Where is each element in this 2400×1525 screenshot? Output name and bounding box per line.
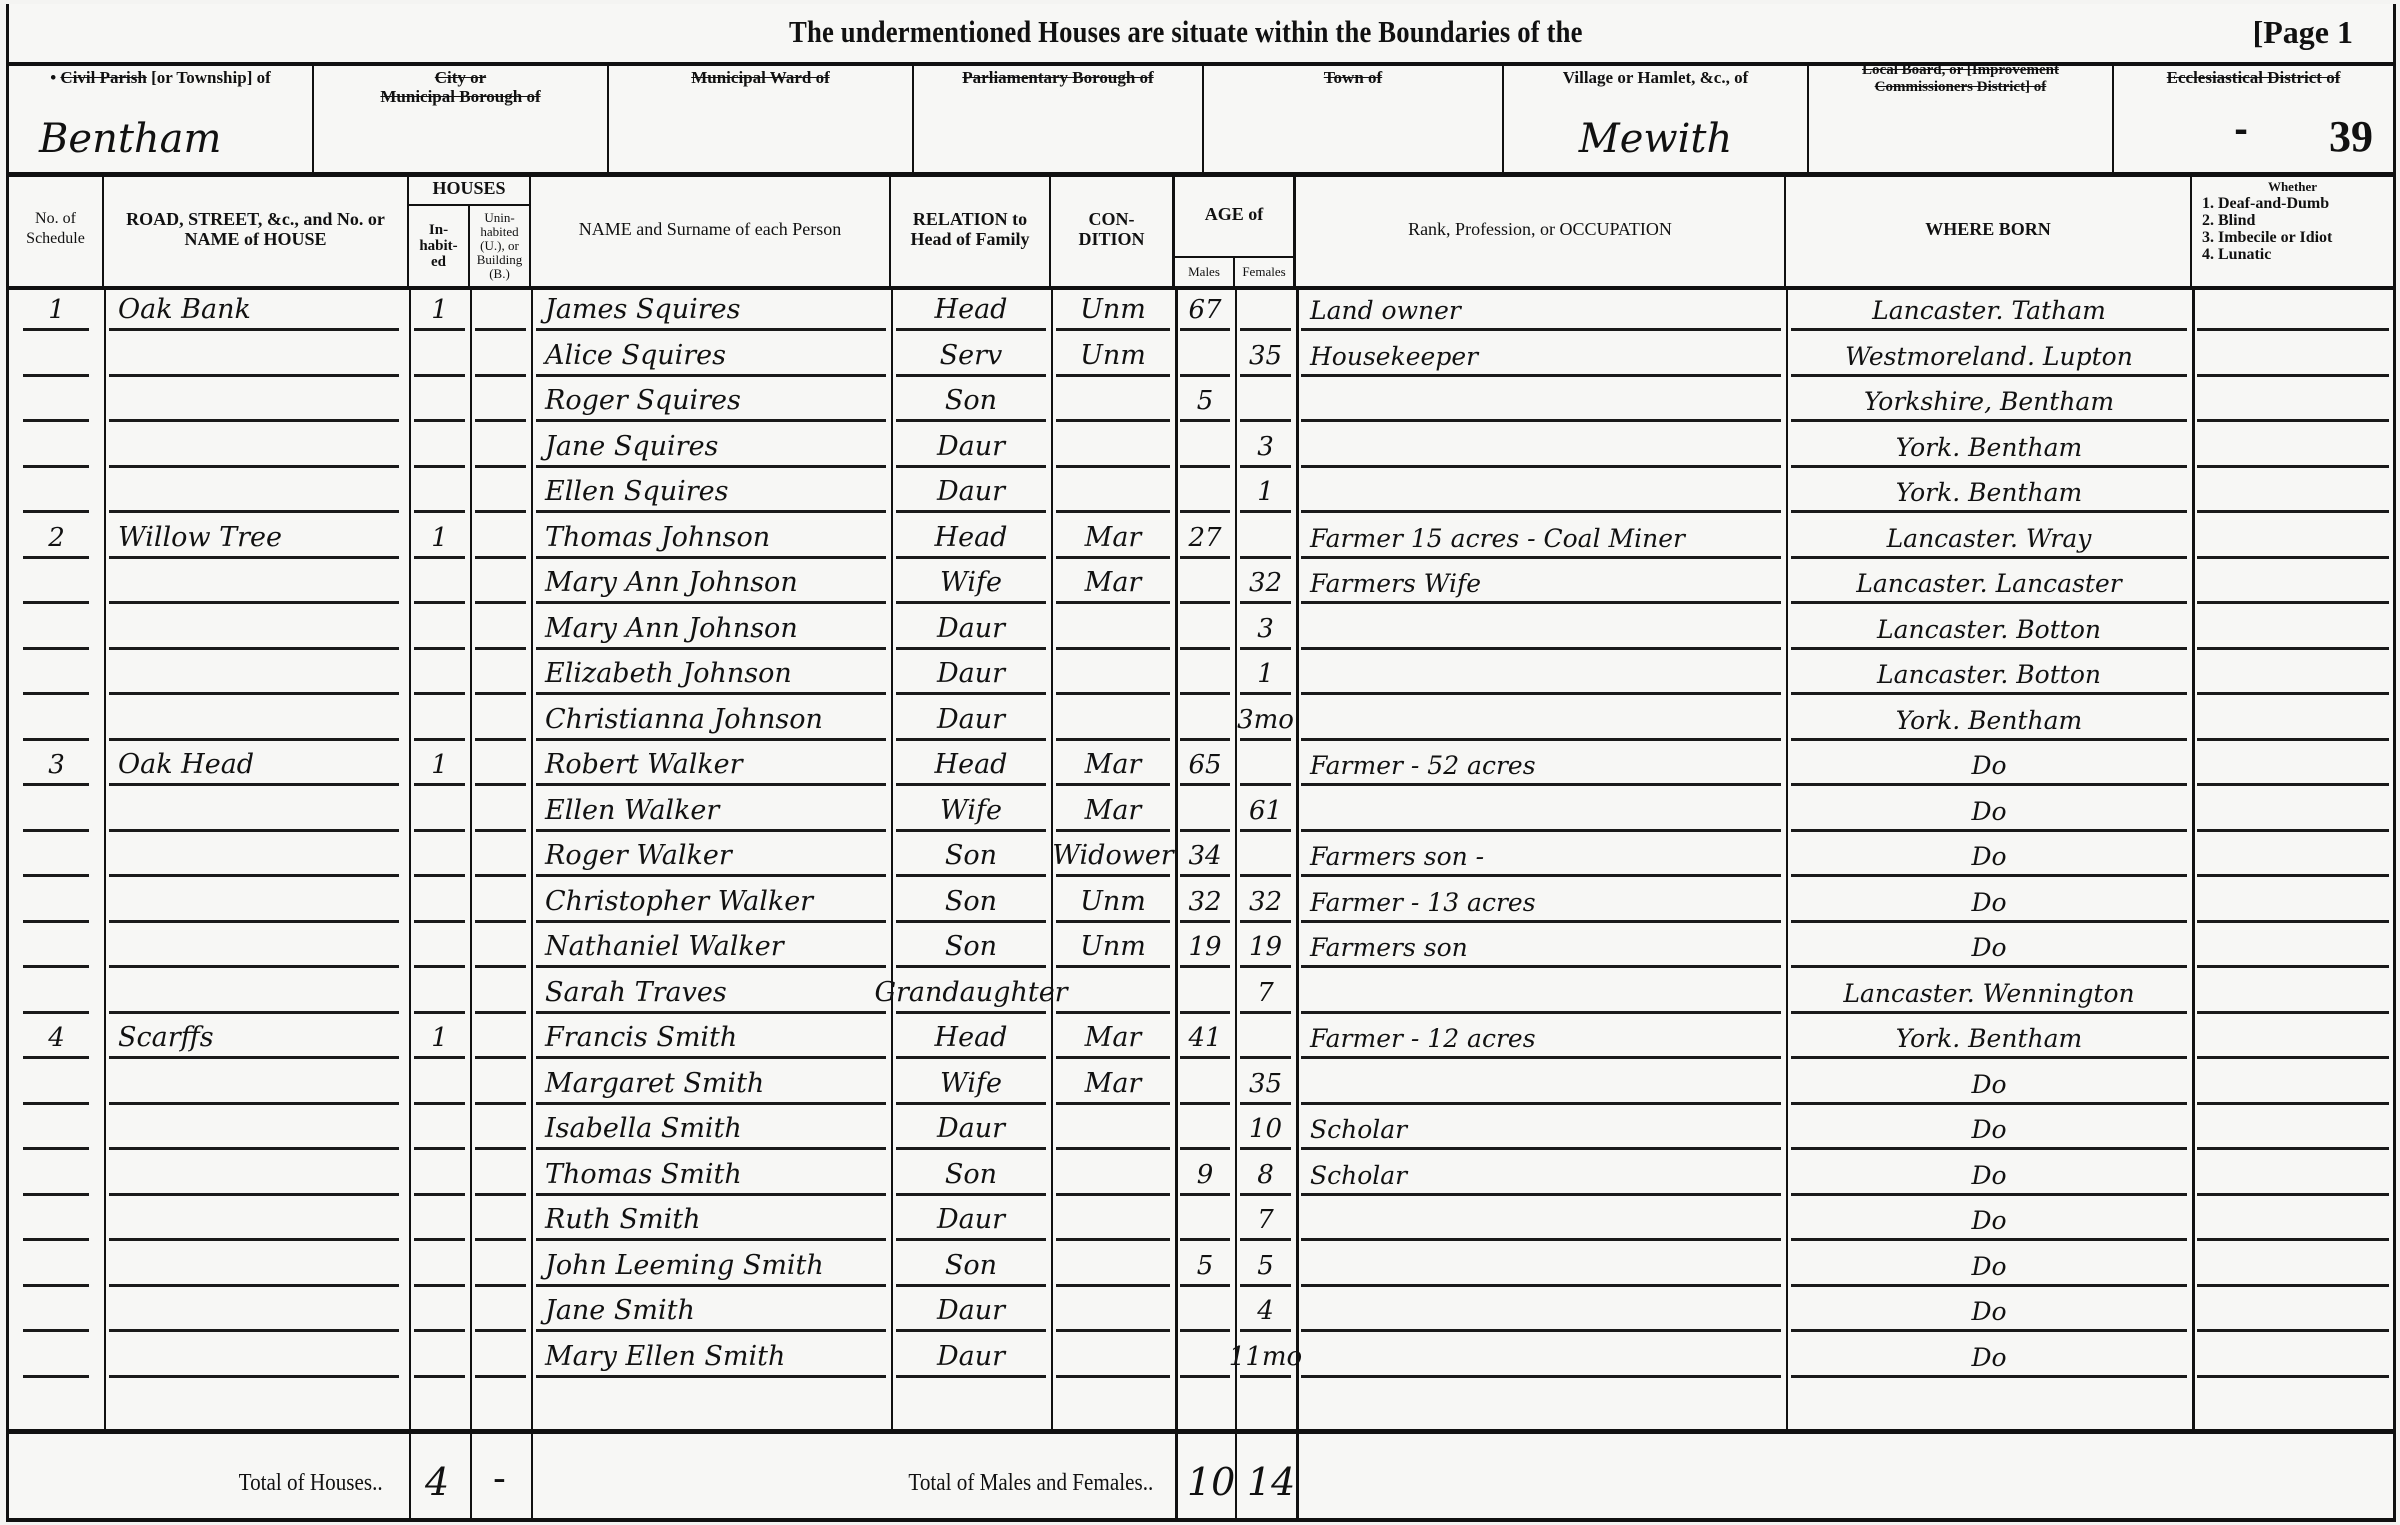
person-name [531,1378,891,1423]
female-age: 7 [1235,969,1296,1014]
male-age: 41 [1175,1014,1235,1059]
total-houses-label: Total of Houses.. [239,1470,383,1497]
schedule-number [9,332,104,377]
female-age: 19 [1235,923,1296,968]
female-age [1235,286,1296,331]
location-band: • Civil Parish [or Township] of Bentham … [9,62,2393,177]
birthplace: Do [1786,1242,2192,1287]
occupation [1296,468,1786,513]
inhabited-count [409,969,470,1014]
relation-to-head: Daur [891,696,1051,741]
municipal-ward-cell: Municipal Ward of [609,62,914,172]
male-age [1175,969,1235,1014]
relation-to-head: Daur [891,1105,1051,1150]
person-name: Jane Squires [531,423,891,468]
inhabited-count [409,377,470,422]
female-age [1235,741,1296,786]
marital-condition [1051,605,1175,650]
relation-to-head: Daur [891,1287,1051,1332]
marital-condition: Mar [1051,514,1175,559]
inhabited-count [409,468,470,513]
infirmity-option: 4. Lunatic [2202,246,2383,263]
relation-to-head: Wife [891,1060,1051,1105]
page-title: The undermentioned Houses are situate wi… [789,14,1583,50]
schedule-number [9,969,104,1014]
page-number: [Page 1 [2253,14,2353,51]
person-name: Jane Smith [531,1287,891,1332]
table-row: 4Scarffs1Francis SmithHeadMar41Farmer - … [9,1014,2393,1059]
schedule-number [9,787,104,832]
female-age [1235,1378,1296,1423]
table-row: Mary Ellen SmithDaur11moDo [9,1333,2393,1378]
female-age: 8 [1235,1151,1296,1196]
parliamentary-borough-label: Parliamentary Borough of [962,68,1153,87]
male-age [1175,1333,1235,1378]
inhabited-count [409,1105,470,1150]
male-age [1175,468,1235,513]
birthplace: York. Bentham [1786,423,2192,468]
birthplace: Do [1786,787,2192,832]
inhabited-count [409,1060,470,1105]
birthplace: Westmoreland. Lupton [1786,332,2192,377]
occupation [1296,605,1786,650]
schedule-number: 3 [9,741,104,786]
female-age: 35 [1235,332,1296,377]
male-age: 32 [1175,878,1235,923]
occupation: Scholar [1296,1105,1786,1150]
inhabited-count [409,1378,470,1423]
birthplace: Lancaster. Lancaster [1786,559,2192,604]
occupation: Housekeeper [1296,332,1786,377]
schedule-number [9,468,104,513]
schedule-number [9,1242,104,1287]
person-name: Mary Ellen Smith [531,1333,891,1378]
male-age: 9 [1175,1151,1235,1196]
table-row: 3Oak Head1Robert WalkerHeadMar65Farmer -… [9,741,2393,786]
inhabited-count: 1 [409,1014,470,1059]
birthplace: Do [1786,878,2192,923]
relation-to-head: Head [891,514,1051,559]
inhabited-count [409,332,470,377]
marital-condition [1051,1151,1175,1196]
marital-condition: Unm [1051,332,1175,377]
female-age: 1 [1235,650,1296,695]
municipal-borough-label-2: Municipal Borough of [380,87,540,106]
person-name: Thomas Smith [531,1151,891,1196]
marital-condition: Unm [1051,286,1175,331]
house-name [104,696,409,741]
table-row: 1Oak Bank1James SquiresHeadUnm67Land own… [9,286,2393,331]
birthplace: Do [1786,832,2192,877]
person-name: Roger Squires [531,377,891,422]
col-age: AGE of [1175,172,1296,258]
table-row: Jane SmithDaur4Do [9,1287,2393,1332]
house-name [104,969,409,1014]
inhabited-count [409,1242,470,1287]
col-occupation: Rank, Profession, or OCCUPATION [1296,172,1786,286]
marital-condition [1051,423,1175,468]
marital-condition [1051,1378,1175,1423]
occupation [1296,377,1786,422]
occupation [1296,1060,1786,1105]
relation-to-head: Serv [891,332,1051,377]
inhabited-count: 1 [409,286,470,331]
inhabited-count [409,559,470,604]
table-row: Thomas SmithSon98ScholarDo [9,1151,2393,1196]
inhabited-count [409,787,470,832]
person-name: Mary Ann Johnson [531,605,891,650]
column-header-row: No. of Schedule ROAD, STREET, &c., and N… [9,172,2393,290]
relation-to-head: Head [891,1014,1051,1059]
schedule-number [9,1378,104,1423]
column-divider [1175,1434,1178,1522]
female-age: 4 [1235,1287,1296,1332]
birthplace: Do [1786,1105,2192,1150]
marital-condition [1051,1105,1175,1150]
female-age: 1 [1235,468,1296,513]
title-bar: The undermentioned Houses are situate wi… [9,4,2393,66]
table-row: Christopher WalkerSonUnm3232Farmer - 13 … [9,878,2393,923]
female-age: 61 [1235,787,1296,832]
house-name [104,423,409,468]
person-name: James Squires [531,286,891,331]
occupation [1296,423,1786,468]
birthplace: Do [1786,1287,2192,1332]
relation-to-head: Daur [891,468,1051,513]
house-name [104,1105,409,1150]
house-name [104,1333,409,1378]
female-age: 10 [1235,1105,1296,1150]
male-age: 5 [1175,1242,1235,1287]
civil-parish-struck-label: Civil Parish [60,68,146,87]
person-name: Sarah Traves [531,969,891,1014]
female-age: 3mo [1235,696,1296,741]
person-name: Ellen Walker [531,787,891,832]
birthplace: Yorkshire, Bentham [1786,377,2192,422]
female-age [1235,377,1296,422]
civil-parish-cell: • Civil Parish [or Township] of Bentham [9,62,314,172]
local-board-label-1: Local Board, or [Improvement [1862,62,2059,78]
col-relation: RELATION to Head of Family [891,172,1051,286]
inhabited-count [409,1287,470,1332]
male-age: 5 [1175,377,1235,422]
town-label: Town of [1324,68,1382,87]
person-name: Ellen Squires [531,468,891,513]
marital-condition: Mar [1051,1060,1175,1105]
inhabited-count [409,1196,470,1241]
occupation [1296,1196,1786,1241]
table-row: Christianna JohnsonDaur3moYork. Bentham [9,696,2393,741]
occupation [1296,1242,1786,1287]
female-age: 35 [1235,1060,1296,1105]
ecclesiastical-district-label: Ecclesiastical District of [2167,68,2341,87]
birthplace: Do [1786,1333,2192,1378]
village-value: Mewith [1504,116,1807,162]
male-age [1175,787,1235,832]
schedule-number [9,1333,104,1378]
schedule-number [9,878,104,923]
female-age: 5 [1235,1242,1296,1287]
birthplace: Lancaster. Wray [1786,514,2192,559]
relation-to-head [891,1378,1051,1423]
relation-to-head: Daur [891,423,1051,468]
house-name [104,923,409,968]
marital-condition: Widower [1051,832,1175,877]
birthplace: Lancaster. Botton [1786,650,2192,695]
person-name: Margaret Smith [531,1060,891,1105]
house-name [104,1196,409,1241]
male-age: 19 [1175,923,1235,968]
person-name: Alice Squires [531,332,891,377]
schedule-number [9,605,104,650]
village-cell: Village or Hamlet, &c., of Mewith [1504,62,1809,172]
relation-to-head: Son [891,1242,1051,1287]
female-age [1235,1014,1296,1059]
schedule-number [9,1151,104,1196]
schedule-number [9,923,104,968]
ecclesiastical-district-value: 39 [2114,111,2393,162]
infirmity-heading: Whether [2202,178,2383,195]
marital-condition: Mar [1051,1014,1175,1059]
relation-to-head: Daur [891,605,1051,650]
person-name: Christianna Johnson [531,696,891,741]
male-age [1175,423,1235,468]
col-condition: CON-DITION [1051,172,1175,286]
male-age [1175,559,1235,604]
marital-condition: Mar [1051,787,1175,832]
female-age: 3 [1235,605,1296,650]
birthplace: Do [1786,1151,2192,1196]
birthplace: Lancaster. Wennington [1786,969,2192,1014]
male-age: 67 [1175,286,1235,331]
infirmity-option: 3. Imbecile or Idiot [2202,229,2383,246]
female-age: 11mo [1235,1333,1296,1378]
occupation [1296,1378,1786,1423]
house-name [104,468,409,513]
occupation [1296,696,1786,741]
relation-to-head: Head [891,286,1051,331]
occupation: Farmer - 52 acres [1296,741,1786,786]
col-schedule: No. of Schedule [9,172,104,286]
table-row: Ruth SmithDaur7Do [9,1196,2393,1241]
table-row: Elizabeth JohnsonDaur1Lancaster. Botton [9,650,2393,695]
birthplace: York. Bentham [1786,696,2192,741]
marital-condition [1051,696,1175,741]
relation-to-head: Wife [891,787,1051,832]
occupation: Land owner [1296,286,1786,331]
local-board-cell: Local Board, or [ImprovementCommissioner… [1809,62,2114,172]
marital-condition [1051,1196,1175,1241]
birthplace: Do [1786,1060,2192,1105]
column-divider [1296,1434,1299,1522]
schedule-number [9,832,104,877]
house-name [104,377,409,422]
table-row: Ellen WalkerWifeMar61Do [9,787,2393,832]
house-name: Willow Tree [104,514,409,559]
occupation [1296,650,1786,695]
schedule-number [9,559,104,604]
schedule-number [9,696,104,741]
inhabited-count [409,878,470,923]
person-name: Christopher Walker [531,878,891,923]
female-age: 32 [1235,559,1296,604]
total-males: 10 [1187,1460,1235,1504]
female-age [1235,832,1296,877]
house-name [104,332,409,377]
birthplace: Do [1786,923,2192,968]
marital-condition: Mar [1051,741,1175,786]
marital-condition [1051,1333,1175,1378]
table-row: Jane SquiresDaur3York. Bentham [9,423,2393,468]
table-row: Margaret SmithWifeMar35Do [9,1060,2393,1105]
ecclesiastical-district-cell: Ecclesiastical District of - 39 [2114,62,2393,172]
male-age [1175,1060,1235,1105]
table-row: Isabella SmithDaur10ScholarDo [9,1105,2393,1150]
local-board-label-2: Commissioners District] of [1875,79,2047,95]
inhabited-count [409,832,470,877]
table-row: Mary Ann JohnsonDaur3Lancaster. Botton [9,605,2393,650]
person-name: Nathaniel Walker [531,923,891,968]
col-females: Females [1235,258,1296,286]
column-divider [531,1434,533,1522]
census-table-body: 1Oak Bank1James SquiresHeadUnm67Land own… [9,286,2393,1429]
table-row: John Leeming SmithSon55Do [9,1242,2393,1287]
total-houses-inhabited: 4 [425,1460,449,1504]
total-females: 14 [1247,1460,1295,1504]
inhabited-count: 1 [409,741,470,786]
marital-condition: Unm [1051,923,1175,968]
total-houses-uninhabited: - [493,1456,506,1500]
schedule-number [9,1196,104,1241]
village-label: Village or Hamlet, &c., of [1504,68,1807,87]
municipal-ward-label: Municipal Ward of [691,68,830,87]
person-name: Isabella Smith [531,1105,891,1150]
female-age: 32 [1235,878,1296,923]
house-name [104,605,409,650]
schedule-number: 4 [9,1014,104,1059]
house-name [104,787,409,832]
table-row: Alice SquiresServUnm35HousekeeperWestmor… [9,332,2393,377]
male-age: 27 [1175,514,1235,559]
infirmity-option: 2. Blind [2202,212,2383,229]
occupation: Farmer 15 acres - Coal Miner [1296,514,1786,559]
inhabited-count [409,423,470,468]
person-name: Roger Walker [531,832,891,877]
col-houses: HOUSES [409,172,531,206]
inhabited-count [409,605,470,650]
table-row: Sarah TravesGrandaughter7Lancaster. Wenn… [9,969,2393,1014]
person-name: Robert Walker [531,741,891,786]
house-name [104,832,409,877]
male-age [1175,1287,1235,1332]
house-name [104,650,409,695]
occupation: Farmers son - [1296,832,1786,877]
table-row: Roger WalkerSonWidower34Farmers son -Do [9,832,2393,877]
male-age: 34 [1175,832,1235,877]
civil-parish-value: Bentham [9,116,312,162]
birthplace: Lancaster. Botton [1786,605,2192,650]
birthplace: Lancaster. Tatham [1786,286,2192,331]
inhabited-count [409,1333,470,1378]
male-age: 65 [1175,741,1235,786]
relation-to-head: Daur [891,1196,1051,1241]
municipal-borough-cell: City orMunicipal Borough of [314,62,609,172]
birthplace [1786,1378,2192,1423]
male-age [1175,650,1235,695]
schedule-number [9,1287,104,1332]
schedule-number [9,650,104,695]
house-name: Oak Bank [104,286,409,331]
marital-condition: Unm [1051,878,1175,923]
house-name: Oak Head [104,741,409,786]
infirmity-option: 1. Deaf-and-Dumb [2202,195,2383,212]
column-divider [409,1434,411,1522]
inhabited-count [409,923,470,968]
male-age [1175,605,1235,650]
marital-condition [1051,1242,1175,1287]
birthplace: York. Bentham [1786,468,2192,513]
occupation: Farmer - 12 acres [1296,1014,1786,1059]
male-age [1175,1196,1235,1241]
column-divider [470,1434,472,1522]
marital-condition [1051,1287,1175,1332]
schedule-number: 2 [9,514,104,559]
schedule-number [9,1105,104,1150]
birthplace: Do [1786,741,2192,786]
inhabited-count [409,1151,470,1196]
town-cell: Town of [1204,62,1504,172]
table-row: Roger SquiresSon5Yorkshire, Bentham [9,377,2393,422]
relation-to-head: Head [891,741,1051,786]
civil-parish-label: [or Township] of [151,68,271,87]
table-row: Ellen SquiresDaur1York. Bentham [9,468,2393,513]
occupation: Farmers son [1296,923,1786,968]
col-inhabited: In-habit-ed [409,206,470,286]
female-age: 3 [1235,423,1296,468]
person-name: Thomas Johnson [531,514,891,559]
marital-condition [1051,650,1175,695]
col-road: ROAD, STREET, &c., and No. or NAME of HO… [104,172,409,286]
col-males: Males [1175,258,1235,286]
census-sheet: The undermentioned Houses are situate wi… [6,4,2396,1522]
relation-to-head: Son [891,377,1051,422]
marital-condition [1051,468,1175,513]
col-name: NAME and Surname of each Person [531,172,891,286]
col-uninhabited: Unin-habited (U.), or Building (B.) [470,206,531,286]
house-name [104,1060,409,1105]
relation-to-head: Daur [891,1333,1051,1378]
person-name: Francis Smith [531,1014,891,1059]
totals-row: Total of Houses.. 4 - Total of Males and… [9,1429,2393,1522]
relation-to-head: Grandaughter [891,969,1051,1014]
house-name [104,1287,409,1332]
person-name: Mary Ann Johnson [531,559,891,604]
female-age [1235,514,1296,559]
marital-condition [1051,969,1175,1014]
schedule-number [9,377,104,422]
table-row: Mary Ann JohnsonWifeMar32Farmers WifeLan… [9,559,2393,604]
col-where-born: WHERE BORN [1786,172,2192,286]
person-name: Ruth Smith [531,1196,891,1241]
person-name: Elizabeth Johnson [531,650,891,695]
table-row [9,1378,2393,1423]
schedule-number [9,423,104,468]
occupation: Scholar [1296,1151,1786,1196]
schedule-number: 1 [9,286,104,331]
house-name: Scarffs [104,1014,409,1059]
male-age [1175,696,1235,741]
table-row: 2Willow Tree1Thomas JohnsonHeadMar27Farm… [9,514,2393,559]
